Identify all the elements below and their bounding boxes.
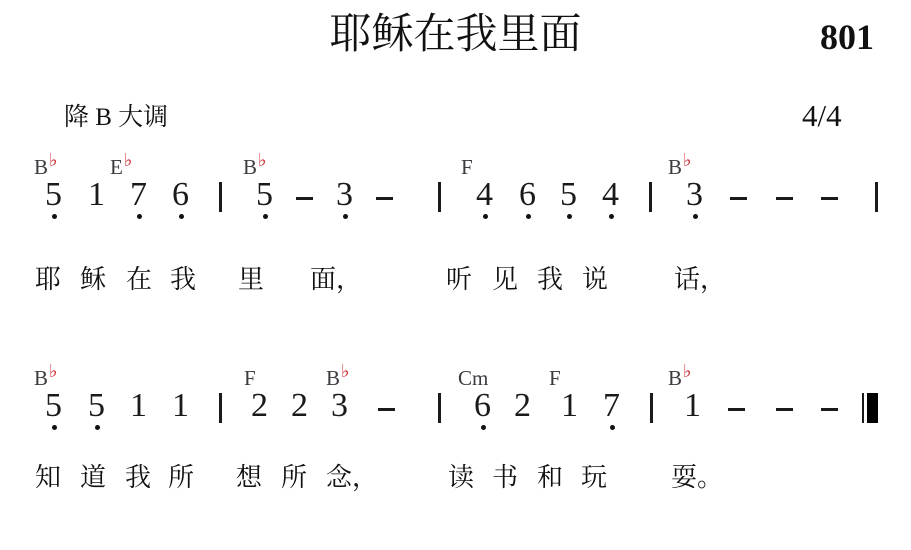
octave-dot-below: [343, 214, 348, 219]
chord-root: B: [243, 155, 257, 179]
lyric-syllable: 里: [238, 267, 264, 293]
chord-root: B: [668, 155, 682, 179]
hymn-sheet-page: 耶稣在我里面 801 降 B 大调 4/4 B♭E♭B♭FB♭517653465…: [0, 0, 911, 550]
lyrics-line-1: 耶稣在我里面，听见我说话，: [0, 267, 911, 301]
note-digit: 6: [519, 178, 536, 212]
note-digit: 5: [45, 389, 62, 423]
hymn-number: 801: [820, 16, 874, 58]
note-digit: 1: [130, 389, 147, 423]
note-digit: 5: [256, 178, 273, 212]
hymn-title: 耶稣在我里面: [0, 12, 911, 58]
octave-dot-below: [52, 425, 57, 430]
chord-symbol: Cm: [458, 368, 488, 389]
note-digit: 2: [291, 389, 308, 423]
barline: [649, 182, 652, 212]
octave-dot-below: [567, 214, 572, 219]
lyric-syllable: 我: [170, 267, 196, 293]
lyric-syllable: 道: [80, 465, 106, 491]
chord-symbol: B♭: [34, 157, 58, 178]
lyric-syllable: 读: [448, 465, 474, 491]
duration-dash: [730, 197, 747, 200]
flat-icon: ♭: [683, 150, 692, 171]
final-barline-thin: [862, 393, 864, 423]
chord-symbol: E♭: [110, 157, 132, 178]
lyric-syllable: 我: [125, 465, 151, 491]
lyric-syllable: 话，: [674, 267, 726, 293]
octave-dot-below: [95, 425, 100, 430]
octave-dot-below: [263, 214, 268, 219]
note-digit: 1: [561, 389, 578, 423]
chord-symbol: F: [244, 368, 256, 389]
note-digit: 5: [560, 178, 577, 212]
note-digit: 4: [602, 178, 619, 212]
note-digit: 2: [251, 389, 268, 423]
lyric-syllable: 我: [537, 267, 563, 293]
chord-symbol: F: [461, 157, 473, 178]
lyric-syllable: 想: [236, 465, 262, 491]
lyric-syllable: 在: [126, 267, 152, 293]
note-digit: 1: [88, 178, 105, 212]
lyric-syllable: 玩: [581, 465, 607, 491]
barline: [438, 393, 441, 423]
lyric-syllable: 听: [446, 267, 472, 293]
lyric-syllable: 稣: [80, 267, 106, 293]
lyric-syllable: 书: [492, 465, 518, 491]
note-digit: 3: [336, 178, 353, 212]
key-signature: 降 B 大调: [64, 97, 168, 133]
lyric-syllable: 面，: [310, 267, 362, 293]
octave-dot-below: [609, 214, 614, 219]
note-digit: 7: [130, 178, 147, 212]
note-digit: 5: [45, 178, 62, 212]
octave-dot-below: [610, 425, 615, 430]
chord-symbol: B♭: [668, 368, 692, 389]
barline: [219, 182, 222, 212]
barline: [650, 393, 653, 423]
final-barline-thick: [867, 393, 878, 423]
note-digit: 1: [684, 389, 701, 423]
duration-dash: [776, 197, 793, 200]
octave-dot-below: [483, 214, 488, 219]
chord-symbol: B♭: [668, 157, 692, 178]
chord-root: B: [668, 366, 682, 390]
barline: [438, 182, 441, 212]
chord-symbol: B♭: [34, 368, 58, 389]
time-signature: 4/4: [802, 98, 842, 134]
lyric-syllable: 念，: [326, 465, 378, 491]
chord-root: F: [461, 155, 473, 179]
duration-dash: [296, 197, 313, 200]
note-digit: 1: [172, 389, 189, 423]
barline: [219, 393, 222, 423]
chord-symbol: F: [549, 368, 561, 389]
music-line-2: B♭FB♭CmFB♭551122362171: [0, 363, 911, 445]
octave-dot-below: [526, 214, 531, 219]
flat-icon: ♭: [683, 361, 692, 382]
note-digit: 2: [514, 389, 531, 423]
chord-root: E: [110, 155, 123, 179]
chord-root: F: [549, 366, 561, 390]
note-digit: 3: [331, 389, 348, 423]
lyric-syllable: 所: [168, 465, 194, 491]
lyric-syllable: 知: [35, 465, 61, 491]
octave-dot-below: [137, 214, 142, 219]
chord-symbol: B♭: [326, 368, 350, 389]
note-digit: 6: [172, 178, 189, 212]
lyric-syllable: 所: [281, 465, 307, 491]
lyric-syllable: 耶: [35, 267, 61, 293]
duration-dash: [776, 408, 793, 411]
barline: [875, 182, 878, 212]
duration-dash: [376, 197, 393, 200]
note-digit: 3: [686, 178, 703, 212]
flat-icon: ♭: [49, 361, 58, 382]
lyric-syllable: 耍。: [671, 465, 723, 491]
note-digit: 7: [603, 389, 620, 423]
note-digit: 5: [88, 389, 105, 423]
lyric-syllable: 说: [582, 267, 608, 293]
octave-dot-below: [481, 425, 486, 430]
note-digit: 6: [474, 389, 491, 423]
flat-icon: ♭: [49, 150, 58, 171]
octave-dot-below: [179, 214, 184, 219]
duration-dash: [378, 408, 395, 411]
lyric-syllable: 和: [537, 465, 563, 491]
lyrics-line-2: 知道我所想所念，读书和玩耍。: [0, 465, 911, 499]
flat-icon: ♭: [258, 150, 267, 171]
duration-dash: [821, 408, 838, 411]
octave-dot-below: [52, 214, 57, 219]
note-digit: 4: [476, 178, 493, 212]
chord-symbol: B♭: [243, 157, 267, 178]
flat-icon: ♭: [341, 361, 350, 382]
lyric-syllable: 见: [492, 267, 518, 293]
flat-icon: ♭: [124, 150, 133, 171]
duration-dash: [821, 197, 838, 200]
music-line-1: B♭E♭B♭FB♭51765346543: [0, 152, 911, 234]
duration-dash: [728, 408, 745, 411]
octave-dot-below: [693, 214, 698, 219]
